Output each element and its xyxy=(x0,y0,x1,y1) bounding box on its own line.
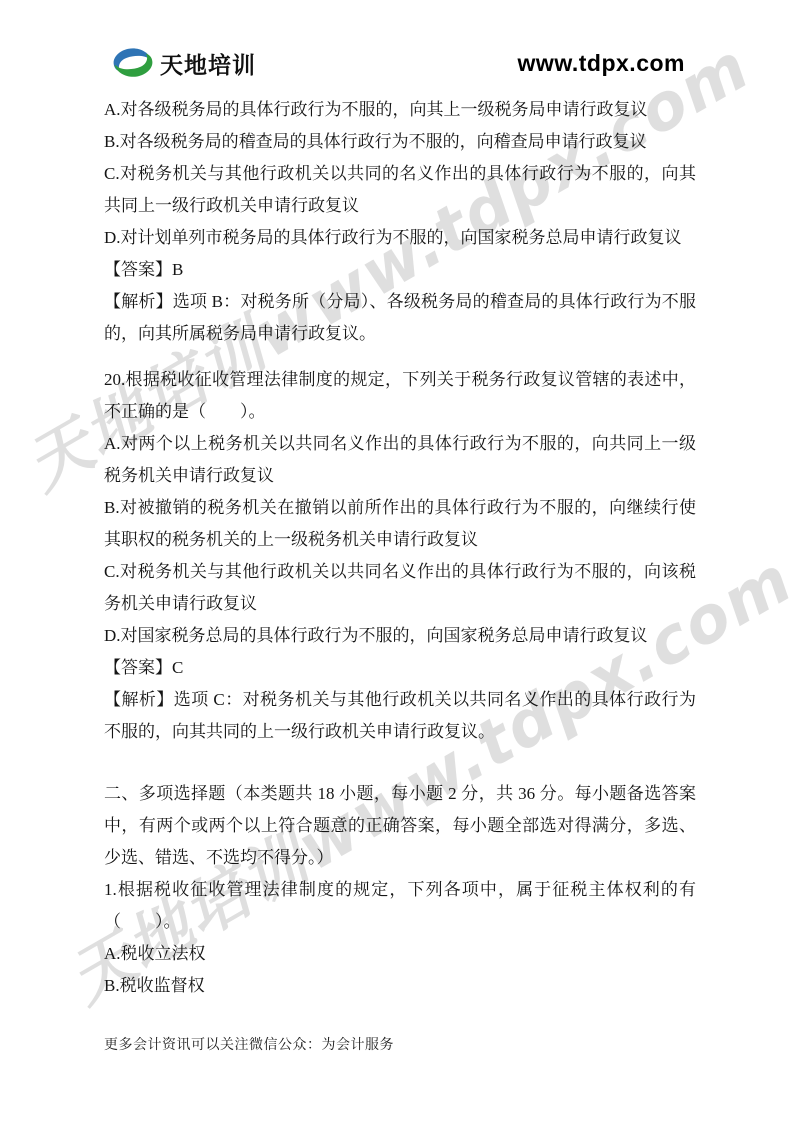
paragraph-option-b: B.税收监督权 xyxy=(104,970,696,1002)
paragraph-answer: 【答案】B xyxy=(104,254,696,286)
logo-text: 天地培训 xyxy=(160,47,256,80)
logo-swirl-icon xyxy=(112,47,154,79)
paragraph-option-a: A.对各级税务局的具体行政行为不服的，向其上一级税务局申请行政复议 xyxy=(104,94,696,126)
paragraph-question-1: 1.根据税收征收管理法律制度的规定，下列各项中，属于征税主体权利的有（ ）。 xyxy=(104,874,696,938)
paragraph-option-d: D.对计划单列市税务局的具体行政行为不服的，向国家税务总局申请行政复议 xyxy=(104,222,696,254)
paragraph-question-20: 20.根据税收征收管理法律制度的规定，下列关于税务行政复议管辖的表述中，不正确的… xyxy=(104,364,696,428)
paragraph-option-a: A.对两个以上税务机关以共同名义作出的具体行政行为不服的，向共同上一级税务机关申… xyxy=(104,428,696,492)
header-url: www.tdpx.com xyxy=(518,50,685,77)
paragraph-option-c: C.对税务机关与其他行政机关以共同的名义作出的具体行政行为不服的，向其共同上一级… xyxy=(104,158,696,222)
page-header: 天地培训 www.tdpx.com xyxy=(112,42,685,84)
paragraph-section-2-heading: 二、多项选择题（本类题共 18 小题，每小题 2 分，共 36 分。每小题备选答… xyxy=(104,778,696,874)
paragraph-option-d: D.对国家税务总局的具体行政行为不服的，向国家税务总局申请行政复议 xyxy=(104,620,696,652)
document-body: A.对各级税务局的具体行政行为不服的，向其上一级税务局申请行政复议 B.对各级税… xyxy=(104,94,696,1002)
paragraph-option-c: C.对税务机关与其他行政机关以共同名义作出的具体行政行为不服的，向该税务机关申请… xyxy=(104,556,696,620)
paragraph-analysis: 【解析】选项 B：对税务所（分局）、各级税务局的稽查局的具体行政行为不服的，向其… xyxy=(104,286,696,350)
paragraph-option-b: B.对被撤销的税务机关在撤销以前所作出的具体行政行为不服的，向继续行使其职权的税… xyxy=(104,492,696,556)
paragraph-answer: 【答案】C xyxy=(104,652,696,684)
document-page: 天地培训www.tdpx.com 天地培训www.tdpx.com 天地培训 w… xyxy=(0,0,793,1122)
paragraph-option-a: A.税收立法权 xyxy=(104,938,696,970)
paragraph-analysis: 【解析】选项 C：对税务机关与其他行政机关以共同名义作出的具体行政行为不服的，向… xyxy=(104,684,696,748)
logo: 天地培训 xyxy=(112,47,256,80)
footer-note: 更多会计资讯可以关注微信公众：为会计服务 xyxy=(104,1034,394,1054)
paragraph-option-b: B.对各级税务局的稽查局的具体行政行为不服的，向稽查局申请行政复议 xyxy=(104,126,696,158)
